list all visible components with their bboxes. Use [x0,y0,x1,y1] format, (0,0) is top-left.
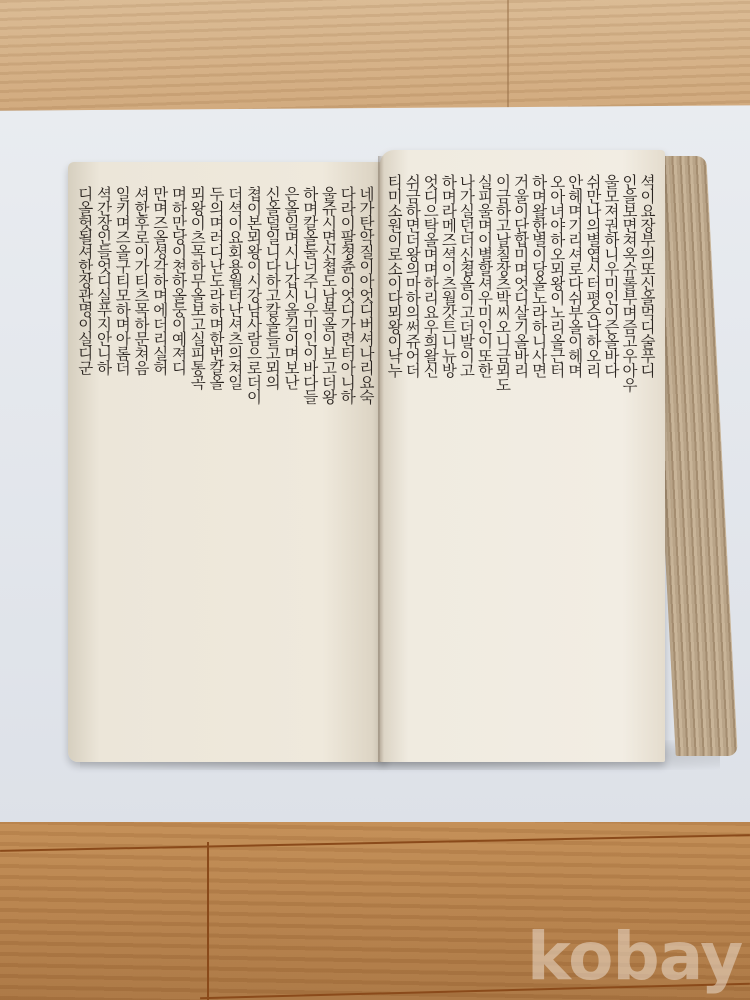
text-column: 울모져권하니우미인이즌올바다 [603,174,621,742]
text-column: 셔한후로이가티츠목하문쳐음 [132,186,151,742]
text-column: 울쥬시면신쳡도남복올이보고더왕 [320,186,339,742]
right-page: 셕이요장부의또신올먹디술푸디 인을보면쳐옥슈롤부며즘고우아우 울모져권하니우미인… [380,150,665,762]
text-column: 쉬만나의별엽시터평승낙하오리 [585,174,603,742]
text-column: 더셕이요회용월터난셔츠의쳐일 [226,186,245,742]
text-column: 일키며즈올구티모하며아롬더 [114,186,133,742]
text-column: 셕간장인들엇디실푸지안니하 [95,186,114,742]
text-column: 오아녀야하오뫼왕이노리올근터 [549,174,567,742]
text-column: 며하만당이쳔하올둥이예져디 [170,186,189,742]
text-column: 하며칼올둘너주니우미인이바다들 [301,186,320,742]
text-column: 하며라메즈셕이츠월갓트니뉴방 [440,174,458,742]
text-column: 두의며러디난도라하며한번칼올 [207,186,226,742]
text-column: 디올헛될셔한장관명이실디군 [76,186,95,742]
floor-seam [207,842,209,1000]
left-page-text: 네가탄악질이아엇디버셔나리요숙 다라이팔쳥츈이엇디가련터아니하 울쥬시면신쳡도남… [76,186,376,742]
text-column: 쉬금하면더왕의마하의써쥬어더 [404,174,422,742]
text-column: 은올일며시나갑시올길이며보난 [282,186,301,742]
text-column: 네가탄악질이아엇디버셔나리요숙 [357,186,376,742]
text-column: 하며왈한별이당올노라하니사면 [531,174,549,742]
text-column: 나가실던더신쳡올이고더발이고 [458,174,476,742]
text-column: 다라이팔쳥츈이엇디가련터아니하 [339,186,358,742]
open-manuscript-book: 네가탄악질이아엇디버셔나리요숙 다라이팔쳥츈이엇디가련터아니하 울쥬시면신쳡도남… [60,150,730,770]
text-column: 이금하고날칠장츠박씨오니금뫼도 [494,174,512,742]
right-page-text: 셕이요장부의또신올먹디술푸디 인을보면쳐옥슈롤부며즘고우아우 울모져권하니우미인… [386,174,657,742]
floor-seam [507,0,509,110]
floor-seam [0,834,750,852]
text-column: 엇디으탁올며며하리요우희왈신 [422,174,440,742]
left-page: 네가탄악질이아엇디버셔나리요숙 다라이팔쳥츈이엇디가련터아니하 울쥬시면신쳡도남… [68,162,386,762]
text-column: 티미소원이로소이다뫼왕이낙누 [386,174,404,742]
text-column: 안헤며기리셔로다쉬부올이헤며 [567,174,585,742]
text-column: 쳡이본뫼왕이시강남사람으로더이 [245,186,264,742]
text-column: 만며즈올셩각하며에더리실허 [151,186,170,742]
book-gutter [378,156,384,762]
watermark-logo: kobay [527,918,742,995]
wooden-floor-top [0,0,750,110]
text-column: 거울이단합미며엇디살기올바리 [513,174,531,742]
text-column: 신올덜일니다하고칼올들고뫼의 [264,186,283,742]
text-column: 실피울며이별할셔우미인이또한 [476,174,494,742]
text-column: 인을보면쳐옥슈롤부며즘고우아우 [621,174,639,742]
text-column: 뫼왕이츠목하무올보고실피통곡 [189,186,208,742]
text-column: 셕이요장부의또신올먹디술푸디 [639,174,657,742]
